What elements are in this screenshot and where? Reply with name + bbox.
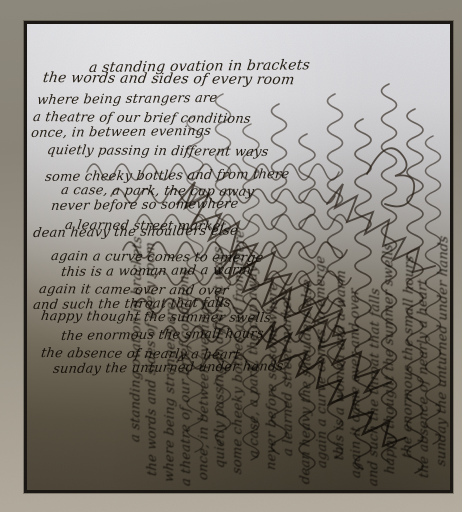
photo-of-framed-artwork: a standing ovation in bracketsthe words … xyxy=(0,0,462,512)
picture-frame: a standing ovation in bracketsthe words … xyxy=(24,21,453,493)
ink-scribble-texture xyxy=(27,24,446,490)
art-paper-surface: a standing ovation in bracketsthe words … xyxy=(27,24,450,490)
